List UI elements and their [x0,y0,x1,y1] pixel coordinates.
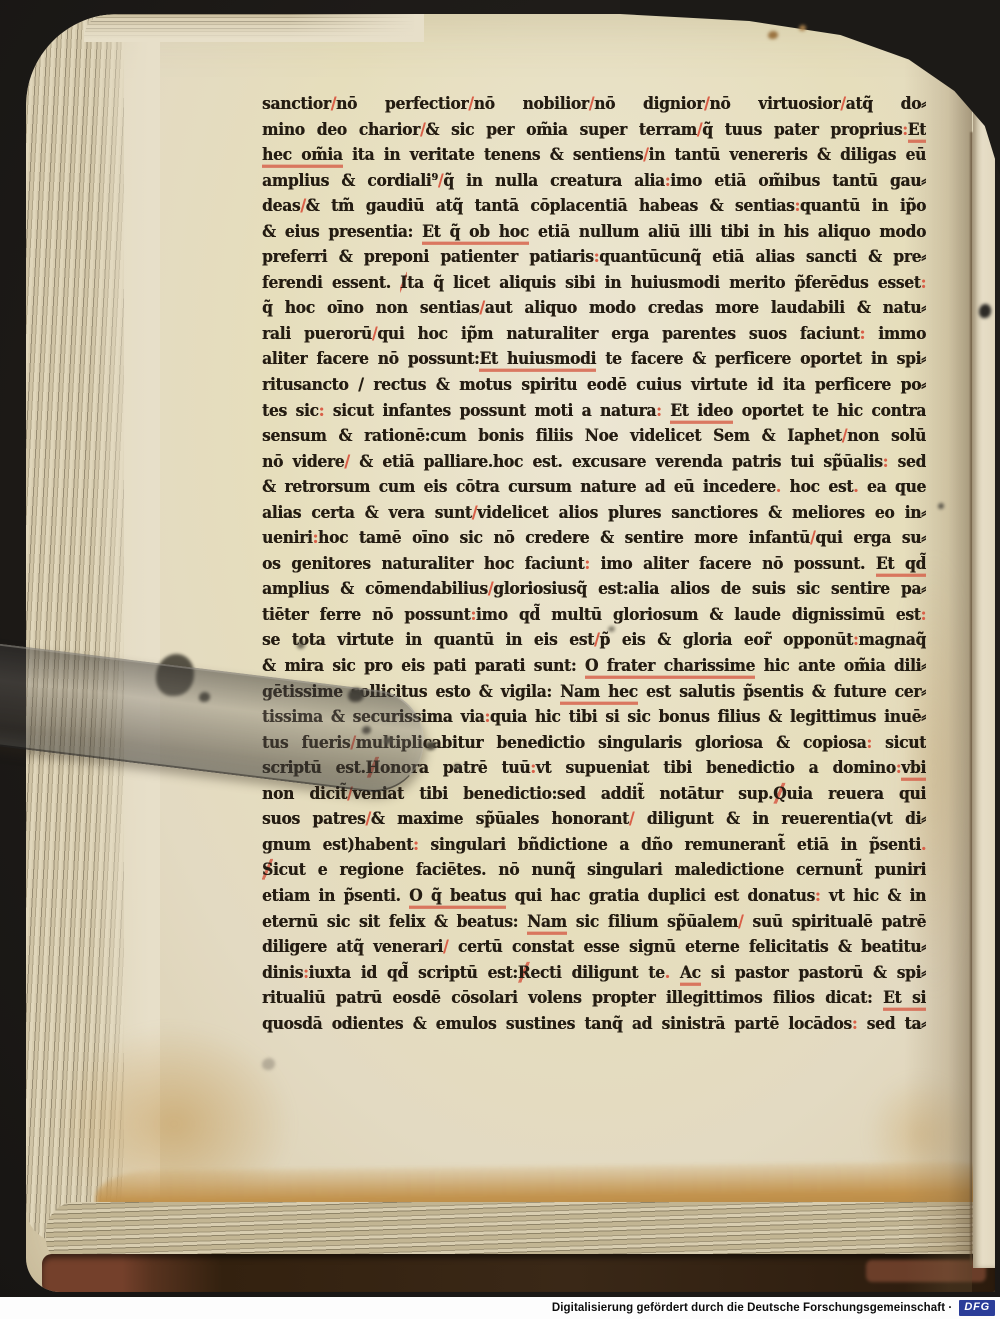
page-edges-top-fade [84,14,424,42]
text-line: deas/& tm̃ gaudiū atq̃ tantā cōplacentiā… [262,195,926,223]
text-line: mino deo charior/& sic per om̃ia super t… [262,118,926,146]
dfg-credit-bar: Digitalisierung gefördert durch die Deut… [0,1297,1000,1319]
book-photo-scene: sanctior/nō perfectior/nō nobilior/nō di… [0,0,1000,1319]
text-line: q̃ hoc oīno non sentias/aut aliquo modo … [262,297,926,325]
ink-blot [608,626,615,632]
text-line: se tota virtute in quantū in eis est/p̃ … [262,629,926,657]
facing-page-sliver [973,14,995,1268]
text-line: ferendi essent. Ita q̃ licet aliquis sib… [262,272,926,300]
text-line: sanctior/nō perfectior/nō nobilior/nō di… [262,93,926,121]
text-line: ritualiū patrū eosdē cōsolari volens pro… [262,987,926,1015]
foxing-spot [262,1058,275,1070]
ink-blot [938,503,944,509]
text-block: sanctior/nō perfectior/nō nobilior/nō di… [262,94,926,1039]
ink-blot [454,764,460,770]
text-line: aliter facere nō possunt:Et huiusmodi te… [262,348,926,376]
text-line: preferri & preponi patienter patiaris:qu… [262,246,926,274]
text-line: ritusancto / rectus & motus spiritu eodē… [262,374,926,402]
text-line: etiam in p̃senti. O q̃ beatus qui hac gr… [262,885,926,913]
text-line: & eius presentia: Et q̃ ob hoc etiā null… [262,220,926,248]
foxing-spot [768,31,778,39]
text-line: alias certa & vera sunt/videlicet alios … [262,501,926,529]
text-line: hec om̃ia ita in veritate tenens & senti… [262,144,926,172]
text-line: & mira sic pro eis pati parati sunt: O f… [262,655,926,683]
text-line: & retrorsum cum eis cōtra cursum nature … [262,476,926,504]
ink-blot [297,641,305,649]
text-line: tiēter ferre nō possunt:imo qd̃ multū gl… [262,604,926,632]
foxing-spot [799,25,806,31]
text-line: quosdā odientes & emulos sustines tanq̃ … [262,1012,926,1040]
text-line: eternū sic sit felix & beatus: Nam sic f… [262,910,926,938]
text-line: suos patres/& maxime sp̃ūales honorant/ … [262,808,926,836]
text-line: dinis:iuxta id qd̃ scriptū est:Recti dil… [262,961,926,989]
ink-blot [979,304,991,318]
text-line: nō videre/ & etiā palliare.hoc est. excu… [262,450,926,478]
text-line: sensum & rationē:cum bonis filiis Noe vi… [262,425,926,453]
text-line: amplius & cordiali⁹/q̃ in nulla creatura… [262,169,926,197]
text-line: os genitores naturaliter hoc faciunt: im… [262,553,926,581]
book-page: sanctior/nō perfectior/nō nobilior/nō di… [26,14,995,1292]
text-line: ueniri:hoc tamē oīno sic nō credere & se… [262,527,926,555]
text-line: rali puerorū/qui hoc ip̃m naturaliter er… [262,323,926,351]
credit-text: Digitalisierung gefördert durch die Deut… [552,1302,953,1314]
page-edges-bottom [46,1202,995,1262]
text-line: diligere atq̃ venerari/ certū constat es… [262,936,926,964]
text-line: amplius & cōmendabilius/gloriosiusq̃ est… [262,578,926,606]
dfg-logo: DFG [959,1300,995,1316]
text-line: Sicut e regione faciētes. nō nunq̃ singu… [262,859,926,887]
text-line: tes sic: sicut infantes possunt moti a n… [262,399,926,427]
text-line: gnum est)habent: singulari bñdictione a … [262,834,926,862]
ink-blot [426,741,436,750]
wooden-board [42,1254,995,1292]
